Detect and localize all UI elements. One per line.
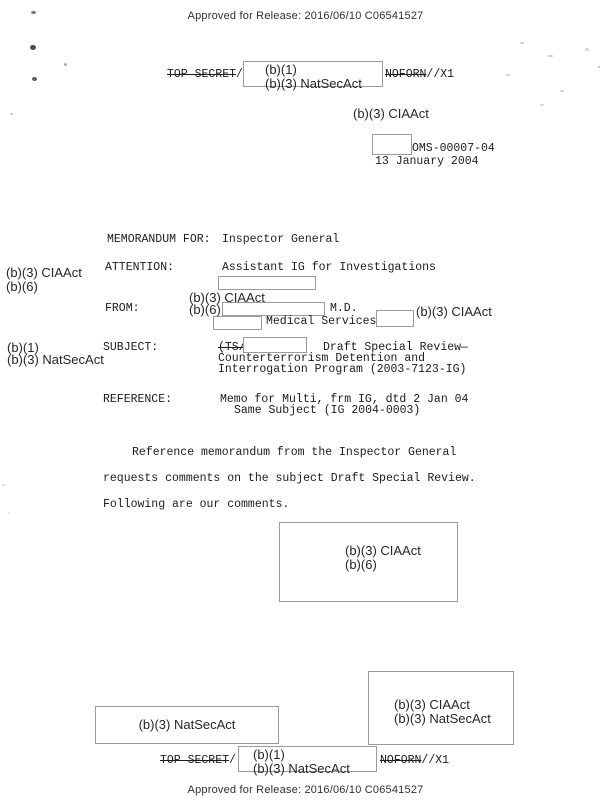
subject-label: SUBJECT: xyxy=(103,342,158,354)
redaction-label-large-center: (b)(3) CIAAct(b)(6) xyxy=(345,544,421,571)
redaction-box-bottom-left: (b)(3) NatSecAct xyxy=(95,706,279,744)
redaction-label-bottom-right: (b)(3) CIAAct(b)(3) NatSecAct xyxy=(394,698,491,725)
scanned-memo-page: Approved for Release: 2016/06/10 C065415… xyxy=(0,0,611,800)
scan-noise-speck xyxy=(585,48,589,51)
approval-stamp-top: Approved for Release: 2016/06/10 C065415… xyxy=(0,10,611,22)
approval-stamp-bottom: Approved for Release: 2016/06/10 C065415… xyxy=(0,784,611,796)
body-line1: Reference memorandum from the Inspector … xyxy=(132,447,456,459)
redaction-box-subject xyxy=(243,337,307,353)
margin-annotation-natsecact: (b)(3) NatSecAct xyxy=(7,353,104,367)
redaction-box-from-title xyxy=(213,316,262,330)
scan-noise-speck xyxy=(30,45,36,50)
noforn-text: NOFORN xyxy=(385,68,426,81)
redaction-box-docnumber xyxy=(372,134,412,155)
from-label: FROM: xyxy=(105,303,140,315)
scan-noise-speck xyxy=(598,66,600,68)
scan-noise-speck xyxy=(32,77,37,81)
body-line3: Following are our comments. xyxy=(103,499,289,511)
memorandum-for-label: MEMORANDUM FOR: xyxy=(107,234,211,246)
redaction-exemption-b3: (b)(3) NatSecAct xyxy=(265,76,362,91)
redaction-box-bottom-right: (b)(3) CIAAct(b)(3) NatSecAct xyxy=(368,671,514,745)
classification-banner-top: TOP SECRET/ xyxy=(167,69,243,81)
classification-slash-bottom: / xyxy=(229,754,236,767)
scan-noise-speck xyxy=(560,90,564,92)
from-annotation-b6: (b)(6) xyxy=(189,303,221,317)
top-secret-marking-bottom: TOP SECRET xyxy=(160,754,229,767)
noforn-marking-top: NOFORN//X1 xyxy=(385,69,454,81)
redaction-box-large-center: (b)(3) CIAAct(b)(6) xyxy=(279,522,458,602)
from-md-suffix: M.D. xyxy=(330,303,358,315)
redaction-exemption-b3-bottom: (b)(3) NatSecAct xyxy=(253,761,350,776)
scan-noise-speck xyxy=(506,74,510,76)
margin-annotation-b6: (b)(6) xyxy=(6,280,38,294)
scan-noise-speck xyxy=(548,55,553,57)
scan-noise-speck xyxy=(8,512,10,514)
redaction-exemption-b6: (b)(6) xyxy=(345,557,377,572)
top-secret-marking: TOP SECRET xyxy=(167,68,236,81)
x1-suffix-bottom: //X1 xyxy=(421,754,449,767)
classification-banner-bottom: TOP SECRET/ xyxy=(160,755,236,767)
scan-noise-speck xyxy=(10,113,13,115)
scan-noise-speck xyxy=(64,63,67,66)
doc-number: OMS-00007-04 xyxy=(412,143,495,155)
reference-line2: Same Subject (IG 2004-0003) xyxy=(234,405,420,417)
reference-label: REFERENCE: xyxy=(103,394,172,406)
redaction-box-from-right xyxy=(376,310,414,327)
x1-suffix: //X1 xyxy=(426,68,454,81)
scan-noise-speck xyxy=(540,104,544,106)
scan-noise-speck xyxy=(520,42,524,44)
attention-label: ATTENTION: xyxy=(105,262,174,274)
redaction-label-banner-top: (b)(1)(b)(3) NatSecAct xyxy=(265,63,362,90)
scan-noise-speck xyxy=(31,11,36,14)
margin-annotation-ciaact: (b)(3) CIAAct xyxy=(6,266,82,280)
ciaact-stamp: (b)(3) CIAAct xyxy=(353,107,429,121)
classification-slash: / xyxy=(236,68,243,81)
scan-noise-speck xyxy=(2,484,5,486)
from-annotation-ciaact-right: (b)(3) CIAAct xyxy=(416,305,492,319)
noforn-marking-bottom: NOFORN//X1 xyxy=(380,755,449,767)
subject-line3: Interrogation Program (2003-7123-IG) xyxy=(218,364,466,376)
memorandum-for-value: Inspector General xyxy=(222,234,339,246)
redaction-label-bottom-left: (b)(3) NatSecAct xyxy=(139,718,236,732)
noforn-text-bottom: NOFORN xyxy=(380,754,421,767)
redaction-exemption-natsecact-2: (b)(3) NatSecAct xyxy=(394,711,491,726)
redaction-label-banner-bottom: (b)(1)(b)(3) NatSecAct xyxy=(253,748,350,775)
from-office: Medical Services xyxy=(266,316,376,328)
redaction-box-attention xyxy=(218,276,316,290)
body-line2: requests comments on the subject Draft S… xyxy=(103,473,476,485)
attention-value: Assistant IG for Investigations xyxy=(222,262,436,274)
doc-date: 13 January 2004 xyxy=(375,156,479,168)
